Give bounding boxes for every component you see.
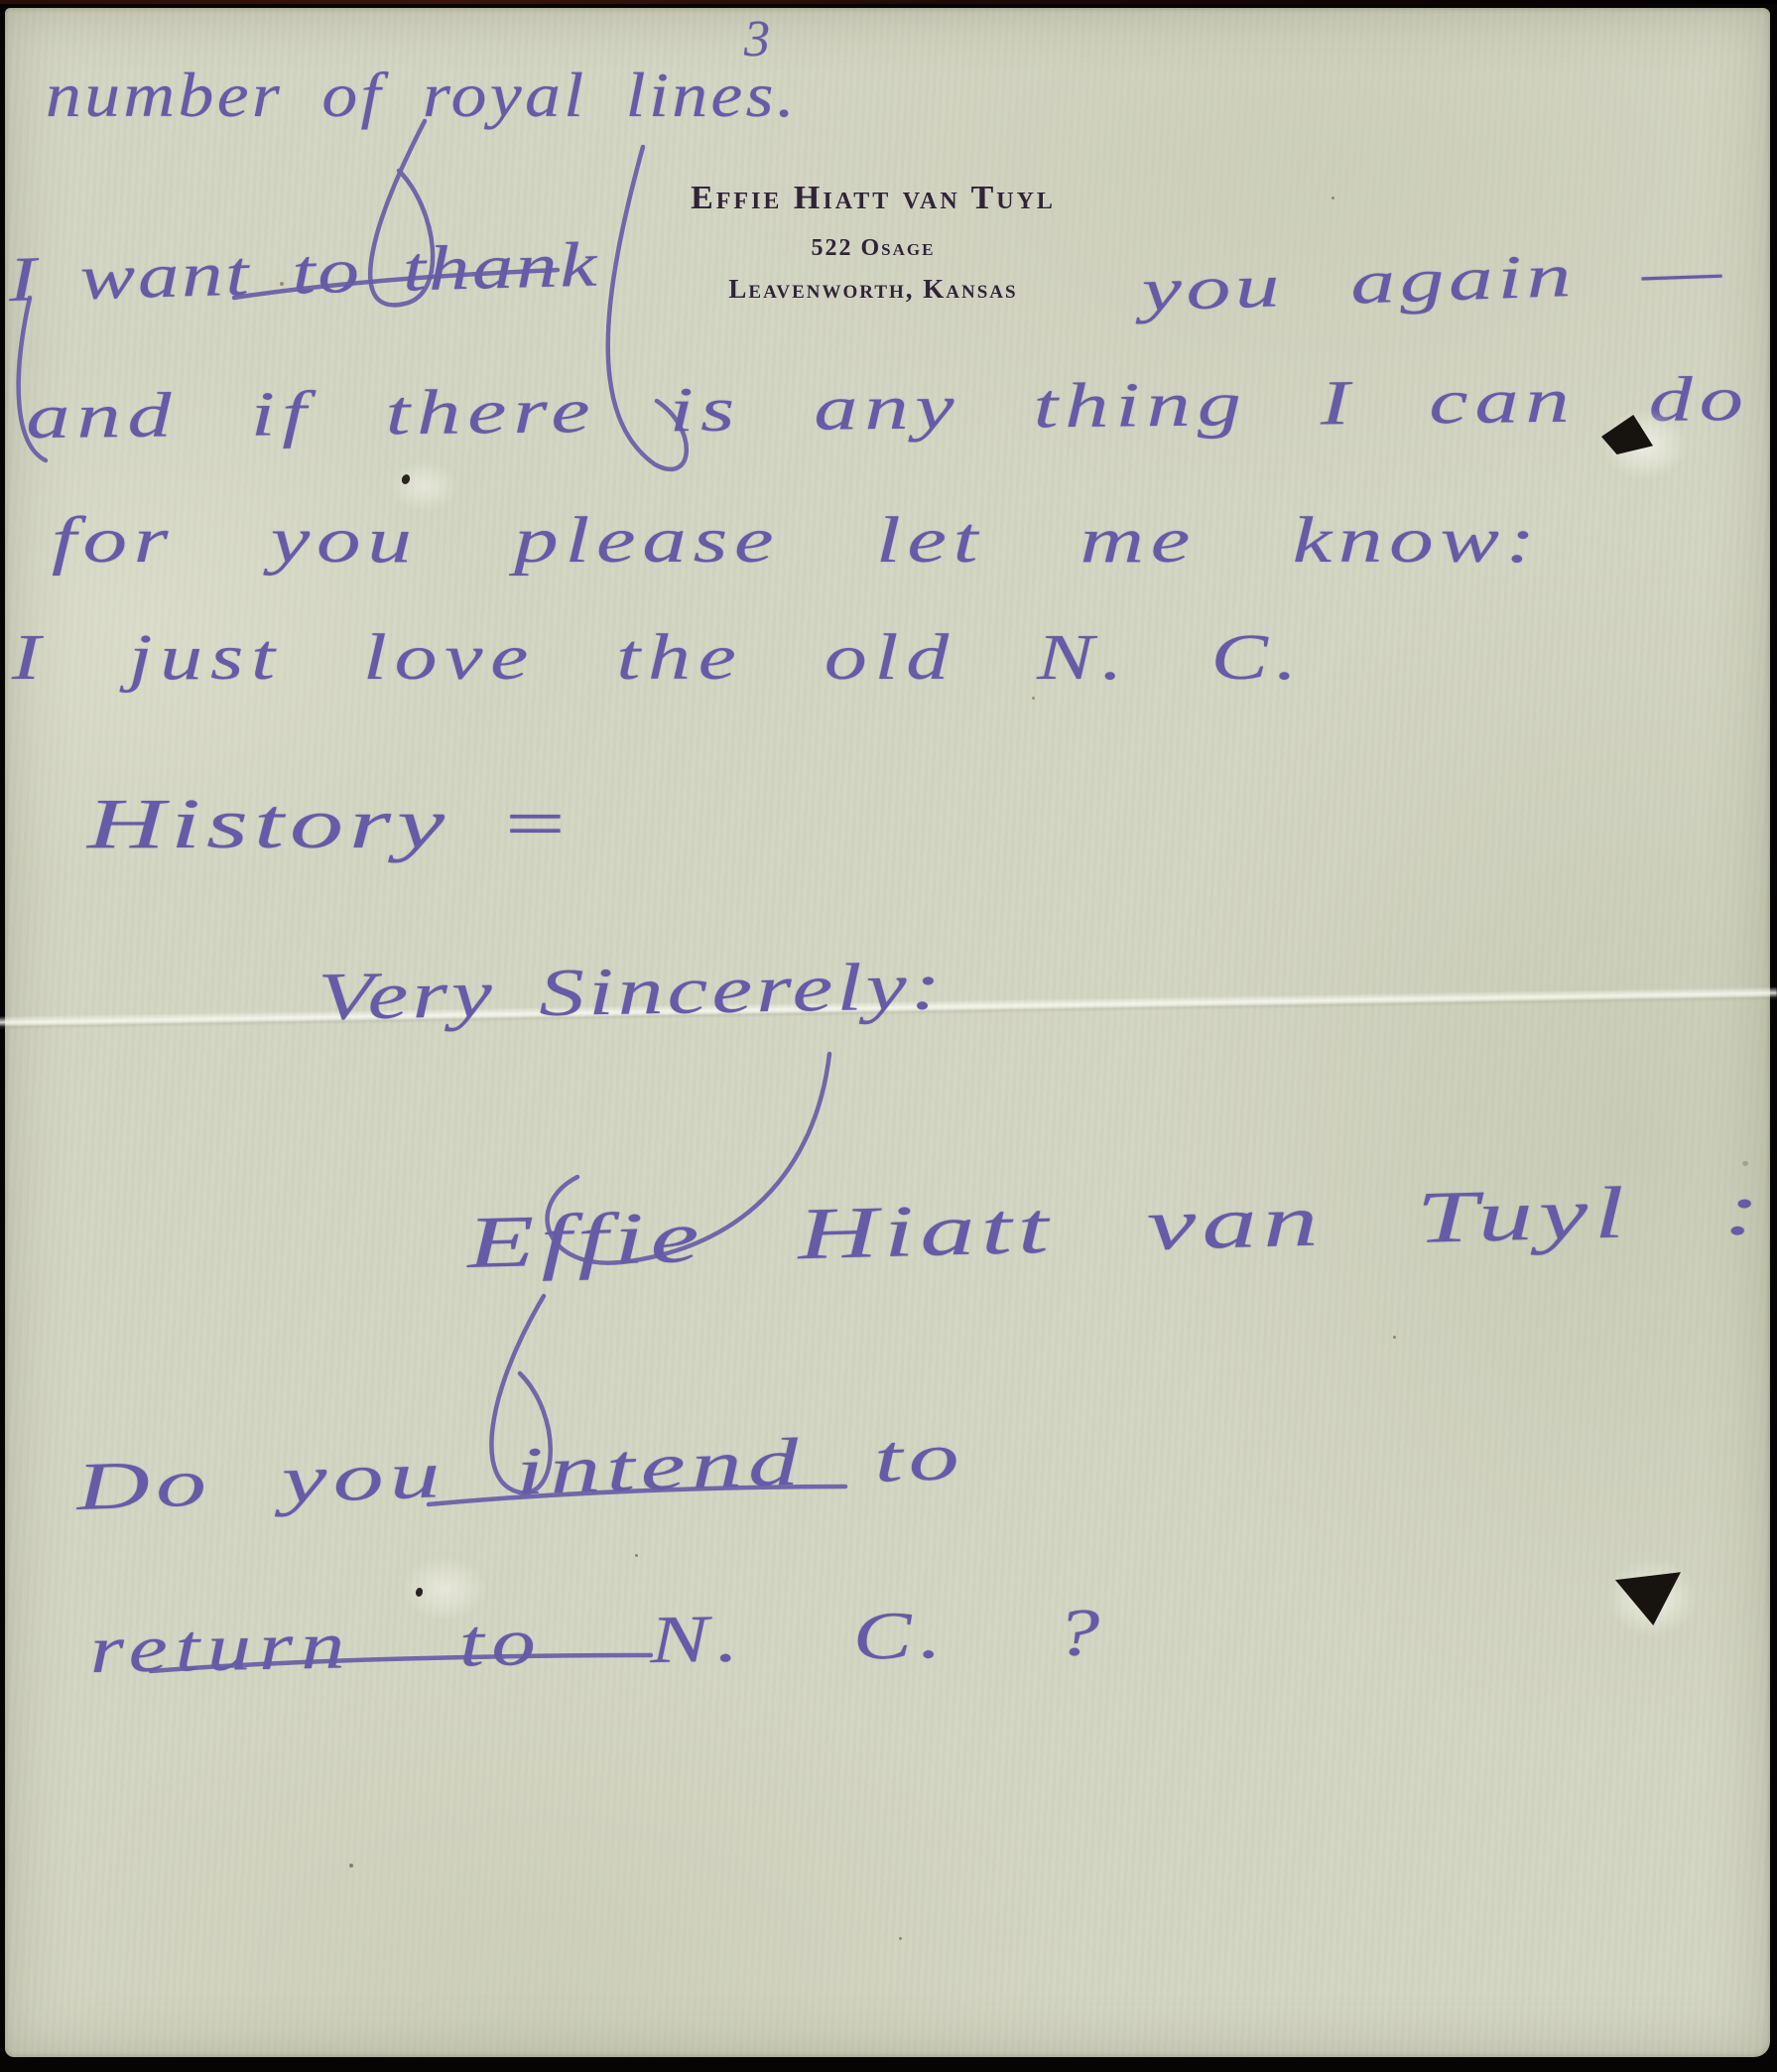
hw-let-me-know: for you please let me know: xyxy=(52,508,1542,574)
hw-very-sincerely: Very Sincerely: xyxy=(317,952,946,1030)
page-number: 3 xyxy=(744,14,770,65)
hw-love-old-nc: I just love the old N. C. xyxy=(12,625,1305,691)
letterhead-address: 522 Osage xyxy=(536,236,1210,260)
hw-history: History = xyxy=(87,788,576,859)
scan-top-edge xyxy=(0,0,1777,4)
letterhead-city: Leavenworth, Kansas xyxy=(536,276,1210,303)
paper-speck xyxy=(1742,1161,1748,1166)
paper-speck xyxy=(1393,1336,1396,1339)
paper-speck xyxy=(1032,697,1035,700)
pin-hole-crease xyxy=(377,452,471,521)
paper-speck xyxy=(899,1937,902,1940)
letterhead-name: Effie Hiatt van Tuyl xyxy=(536,181,1210,216)
letterhead: Effie Hiatt van Tuyl 522 Osage Leavenwor… xyxy=(536,181,1210,303)
paper-speck xyxy=(1332,196,1334,199)
scanned-letter-page: Effie Hiatt van Tuyl 522 Osage Leavenwor… xyxy=(0,0,1777,2072)
hw-royal-lines: number of royal lines. xyxy=(46,64,798,127)
hw-thank-left: I want to thank xyxy=(8,232,600,312)
hw-return-to-nc: return to N. C. ? xyxy=(89,1598,1108,1683)
letter-paper xyxy=(5,8,1770,2057)
pin-hole-crease xyxy=(385,1544,504,1633)
paper-speck xyxy=(635,1554,638,1557)
paper-speck xyxy=(349,1864,353,1868)
